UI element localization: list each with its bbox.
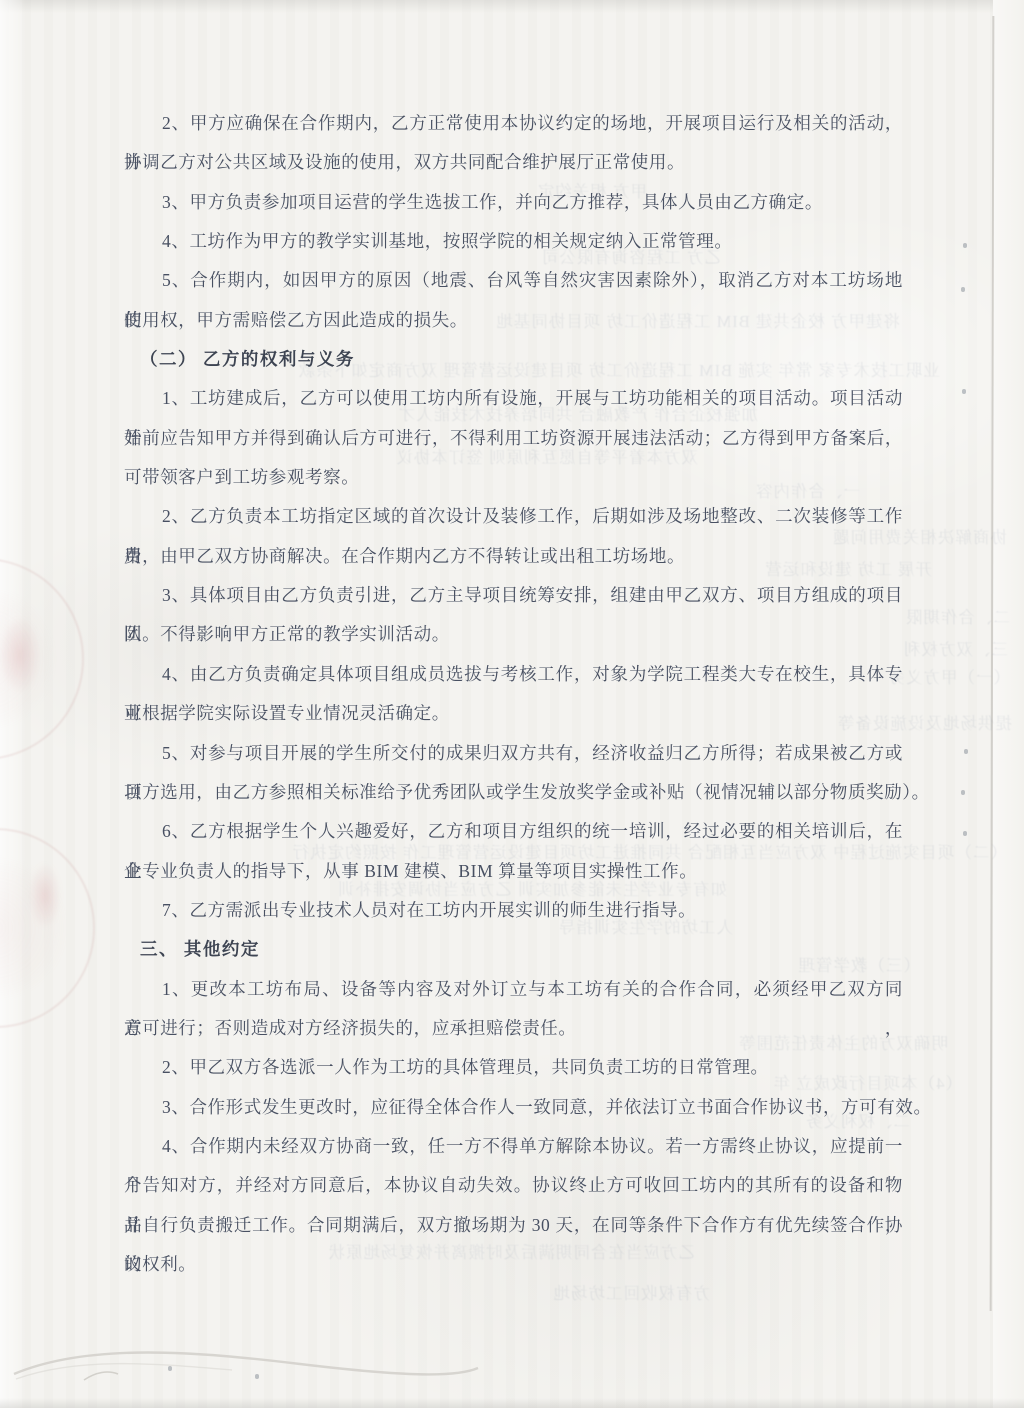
text-line: 队。不得影响甲方正常的教学实训活动。 [124, 615, 903, 654]
paragraph: 2、甲乙双方各选派一人作为工坊的具体管理员，共同负责工坊的日常管理。 [124, 1048, 903, 1087]
text-line: 并自行负责搬迁工作。合同期满后，双方撤场期为 30 天，在同等条件下合作方有优先… [124, 1206, 903, 1245]
text-line: 可带领客户到工坊参观考察。 [124, 458, 903, 497]
scan-bottom-edge [0, 1398, 1024, 1408]
paragraph: 5、对参与项目开展的学生所交付的成果归双方共有，经济收益归乙方所得；若成果被乙方… [124, 734, 903, 813]
paragraph: 3、具体项目由乙方负责引进，乙方主导项目统筹安排，组建由甲乙双方、项目方组成的项… [124, 576, 903, 655]
paragraph: 5、合作期内，如因甲方的原因（地震、台风等自然灾害因素除外），取消乙方对本工坊场… [124, 261, 903, 340]
text-line: 3、合作形式发生更改时，应征得全体合作人一致同意，并依法订立书面合作协议书，方可… [124, 1088, 903, 1127]
text-line: 2、甲方应确保在合作期内，乙方正常使用本协议约定的场地，开展项目运行及相关的活动… [124, 104, 903, 143]
text-line: 始前应告知甲方并得到确认后方可进行，不得利用工坊资源开展违法活动；乙方得到甲方备… [124, 419, 903, 458]
stamp-ink-smudge [22, 848, 68, 943]
text-line: 5、合作期内，如因甲方的原因（地震、台风等自然灾害因素除外），取消乙方对本工坊场… [124, 261, 903, 300]
paragraph: 4、工坊作为甲方的教学实训基地，按照学院的相关规定纳入正常管理。 [124, 222, 903, 261]
text-line: 3、具体项目由乙方负责引进，乙方主导项目统筹安排，组建由甲乙双方、项目方组成的项… [124, 576, 903, 615]
text-line: 目方选用，由乙方参照相关标准给予优秀团队或学生发放奖学金或补贴（视情况辅以部分物… [124, 773, 903, 812]
bleedthrough-line: 方有权收回工坊场地 [548, 1283, 710, 1305]
scan-speck [961, 790, 965, 795]
scan-speck [962, 389, 966, 394]
paragraph: 2、甲方应确保在合作期内，乙方正常使用本协议约定的场地，开展项目运行及相关的活动… [124, 104, 903, 183]
text-line: 业专业负责人的指导下，从事 BIM 建模、BIM 算量等项目实操性工作。 [124, 852, 903, 891]
paragraph: 1、更改本工坊布局、设备等内容及对外订立与本工坊有关的合作合同，必须经甲乙双方同… [124, 970, 903, 1049]
paragraph: 3、合作形式发生更改时，应征得全体合作人一致同意，并依法订立书面合作协议书，方可… [124, 1088, 903, 1127]
text-line: （二） 乙方的权利与义务 [124, 340, 903, 379]
text-line: 2、甲乙双方各选派一人作为工坊的具体管理员，共同负责工坊的日常管理。 [124, 1048, 903, 1087]
paragraph: 4、合作期内未经双方协商一致，任一方不得单方解除本协议。若一方需终止协议，应提前… [124, 1127, 903, 1284]
section-heading: 三、 其他约定 [124, 930, 903, 969]
text-line: 的权利。 [124, 1245, 903, 1284]
text-line: 1、工坊建成后，乙方可以使用工坊内所有设施，开展与工坊功能相关的项目活动。项目活… [124, 379, 903, 418]
section-heading: （二） 乙方的权利与义务 [124, 340, 903, 379]
scan-speck [255, 1374, 259, 1379]
paragraph: 3、甲方负责参加项目运营的学生选拔工作，并向乙方推荐，具体人员由乙方确定。 [124, 183, 903, 222]
text-line: 4、由乙方负责确定具体项目组成员选拔与考核工作，对象为学院工程类大专在校生，具体… [124, 655, 903, 694]
text-line: 5、对参与项目开展的学生所交付的成果归双方共有，经济收益归乙方所得；若成果被乙方… [124, 734, 903, 773]
paper-wrinkle [0, 1322, 520, 1408]
text-line: 使用权，甲方需赔偿乙方因此造成的损失。 [124, 301, 903, 340]
text-line: 月告知对方，并经对方同意后，本协议自动失效。协议终止方可收回工坊内的其所有的设备… [124, 1166, 903, 1205]
text-line: 4、合作期内未经双方协商一致，任一方不得单方解除本协议。若一方需终止协议，应提前… [124, 1127, 903, 1166]
paragraph: 7、乙方需派出专业技术人员对在工坊内开展实训的师生进行指导。 [124, 891, 903, 930]
document-body: 2、甲方应确保在合作期内，乙方正常使用本协议约定的场地，开展项目运行及相关的活动… [124, 104, 903, 1284]
scan-top-edge [0, 0, 1024, 13]
scan-speck [961, 287, 965, 292]
text-line: 协调乙方对公共区域及设施的使用，双方共同配合维护展厅正常使用。 [124, 143, 903, 182]
paragraph: 4、由乙方负责确定具体项目组成员选拔与考核工作，对象为学院工程类大专在校生，具体… [124, 655, 903, 734]
text-line: 三、 其他约定 [124, 930, 903, 969]
scan-speck [963, 243, 967, 248]
scan-speck [963, 831, 967, 836]
text-line: 6、乙方根据学生个人兴趣爱好，乙方和项目方组织的统一培训，经过必要的相关培训后，… [124, 812, 903, 851]
text-line: 4、工坊作为甲方的教学实训基地，按照学院的相关规定纳入正常管理。 [124, 222, 903, 261]
text-line: 2、乙方负责本工坊指定区域的首次设计及装修工作，后期如涉及场地整改、二次装修等工… [124, 497, 903, 536]
text-line: 1、更改本工坊布局、设备等内容及对外订立与本工坊有关的合作合同，必须经甲乙双方同… [124, 970, 903, 1009]
scan-right-margin [993, 0, 1024, 1408]
paragraph: 6、乙方根据学生个人兴趣爱好，乙方和项目方组织的统一培训，经过必要的相关培训后，… [124, 812, 903, 891]
scan-speck [168, 1366, 172, 1371]
text-line: 3、甲方负责参加项目运营的学生选拔工作，并向乙方推荐，具体人员由乙方确定。 [124, 183, 903, 222]
scan-speck [964, 749, 968, 754]
paragraph: 2、乙方负责本工坊指定区域的首次设计及装修工作，后期如涉及场地整改、二次装修等工… [124, 497, 903, 576]
paragraph: 1、工坊建成后，乙方可以使用工坊内所有设施，开展与工坊功能相关的项目活动。项目活… [124, 379, 903, 497]
text-line: 7、乙方需派出专业技术人员对在工坊内开展实训的师生进行指导。 [124, 891, 903, 930]
text-line: 可根据学院实际设置专业情况灵活确定。 [124, 694, 903, 733]
scanned-contract-page: 甲方 相关约定乙方 工程咨询有限公司将建甲方 校企共建 BIM 工程造价工坊 项… [0, 0, 1024, 1408]
text-line: 用，由甲乙双方协商解决。在合作期内乙方不得转让或出租工坊场地。 [124, 537, 903, 576]
